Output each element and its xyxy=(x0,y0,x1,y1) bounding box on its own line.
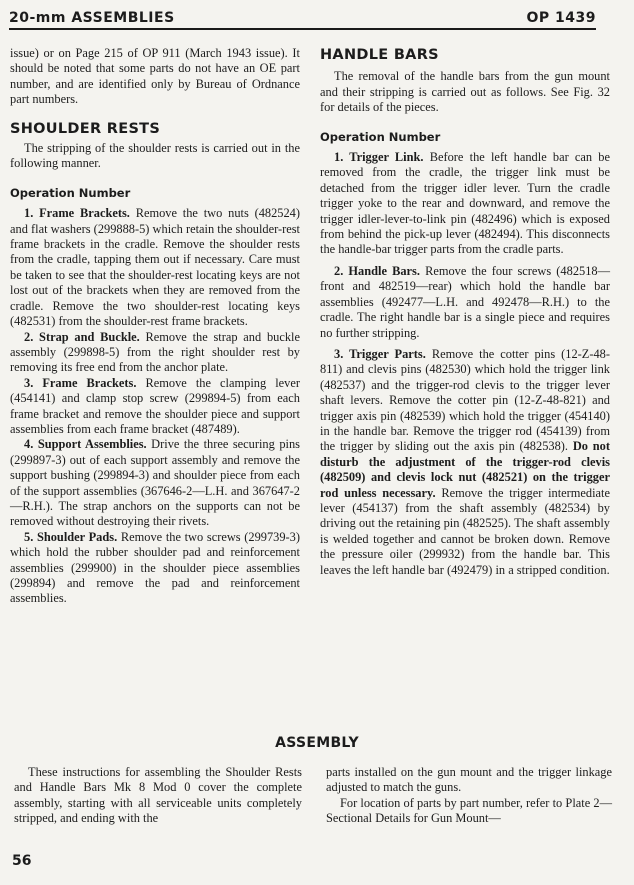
page-number: 56 xyxy=(12,853,31,869)
operation-4: 4. Support Assemblies. Drive the three s… xyxy=(10,437,300,529)
header-document-number: OP 1439 xyxy=(526,10,596,26)
left-column: issue) or on Page 215 of OP 911 (March 1… xyxy=(10,46,300,607)
assembly-reference: For location of parts by part number, re… xyxy=(326,796,612,827)
shoulder-rests-intro: The stripping of the shoulder rests is c… xyxy=(10,141,300,172)
operation-2: 2. Strap and Buckle. Remove the strap an… xyxy=(10,330,300,376)
assembly-right-column: parts installed on the gun mount and the… xyxy=(326,765,612,827)
section-title-assembly: ASSEMBLY xyxy=(0,735,634,751)
operation-3: 3. Trigger Parts. Remove the cotter pins… xyxy=(320,347,610,578)
operation-1: 1. Frame Brackets. Remove the two nuts (… xyxy=(10,206,300,329)
page-header: 20-mm ASSEMBLIES OP 1439 xyxy=(9,8,596,30)
section-title-shoulder-rests: SHOULDER RESTS xyxy=(10,122,300,137)
assembly-left-column: These instructions for assembling the Sh… xyxy=(14,765,302,827)
header-title: 20-mm ASSEMBLIES xyxy=(9,10,175,26)
section-title-handle-bars: HANDLE BARS xyxy=(320,48,610,63)
operation-number-heading: Operation Number xyxy=(320,130,610,145)
handle-bars-intro: The removal of the handle bars from the … xyxy=(320,69,610,115)
assembly-intro: These instructions for assembling the Sh… xyxy=(14,765,302,827)
operation-number-heading: Operation Number xyxy=(10,186,300,201)
intro-paragraph: issue) or on Page 215 of OP 911 (March 1… xyxy=(10,46,300,108)
assembly-continued: parts installed on the gun mount and the… xyxy=(326,765,612,796)
operation-5: 5. Shoulder Pads. Remove the two screws … xyxy=(10,530,300,607)
operation-2: 2. Handle Bars. Remove the four screws (… xyxy=(320,264,610,341)
right-column: HANDLE BARS The removal of the handle ba… xyxy=(320,48,610,578)
operation-3: 3. Frame Brackets. Remove the clamping l… xyxy=(10,376,300,438)
operation-1: 1. Trigger Link. Before the left handle … xyxy=(320,150,610,258)
